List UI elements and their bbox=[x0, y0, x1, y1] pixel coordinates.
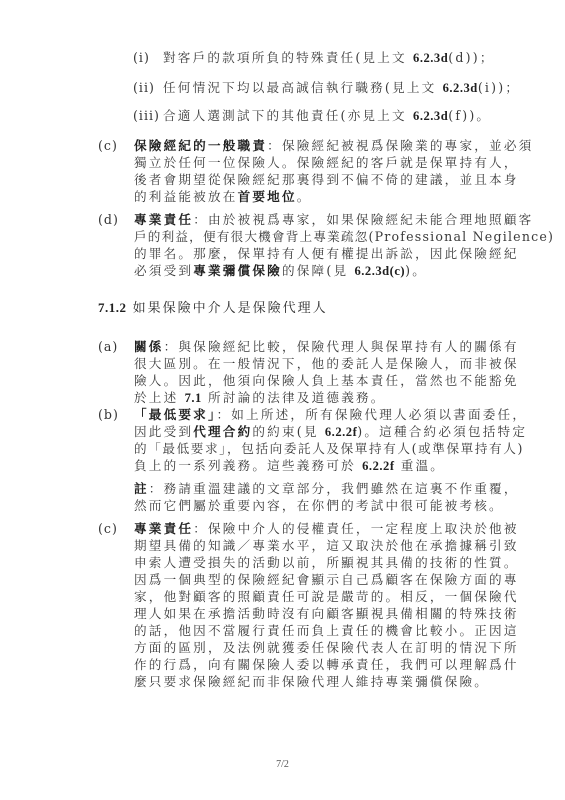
paragraph-line: 的利益能被放在首要地位。 bbox=[134, 189, 312, 205]
bold-term: 關係 bbox=[134, 339, 164, 354]
paragraph-line: 作的行爲，向有關保險人委以轉承責任，我們可以理解爲什 bbox=[134, 657, 519, 673]
ref: 6.2.2f bbox=[325, 425, 357, 439]
paragraph-line: 因此受到代理合約的約束(見 6.2.2f)。這種合約必須包括特定 bbox=[134, 424, 527, 440]
sub-item-label: (ii) bbox=[133, 80, 155, 96]
item-label: (c) bbox=[98, 521, 118, 537]
paragraph-line: 麼只要求保險經紀而非保險代理人維持專業彌償保險。 bbox=[134, 674, 489, 690]
paragraph-line: 「最低要求」：如上所述，所有保險代理人必須以書面委任， bbox=[134, 407, 527, 423]
item-label: (a) bbox=[98, 339, 118, 355]
ref: 6.2.2f bbox=[362, 459, 394, 473]
page-number: 7/2 bbox=[0, 759, 565, 770]
sub-item-text: 合適人選測試下的其他責任(亦見上文 6.2.3d(f))。 bbox=[163, 108, 491, 124]
paragraph-line: 必須受到專業彌償保險的保障(見 6.2.3d(c))。 bbox=[134, 263, 427, 279]
bold-term: 代理合約 bbox=[193, 424, 252, 439]
sub-item-text: 對客戶的款項所負的特殊責任(見上文 6.2.3d(d))； bbox=[163, 50, 495, 66]
text: 於上述 bbox=[134, 390, 185, 405]
text: 任何情況下均以最高誠信執行職務(見上文 bbox=[163, 80, 443, 95]
bold-term: 專業責任 bbox=[134, 212, 193, 227]
text: ：與保險經紀比較，保險代理人與保單持有人的關係有 bbox=[164, 339, 519, 354]
ref: 6.2.3d bbox=[413, 109, 448, 123]
text: ：如上所述，所有保險代理人必須以書面委任， bbox=[216, 407, 527, 422]
text: 的保障(見 bbox=[282, 263, 355, 278]
text: 負上的一系列義務。這些義務可於 bbox=[134, 458, 362, 473]
text: ：由於被視爲專家，如果保險經紀未能合理地照顧客 bbox=[193, 212, 533, 227]
sub-item-label: (iii) bbox=[133, 108, 160, 124]
item-label: (d) bbox=[98, 212, 119, 228]
paragraph-line: 後者會期望從保險經紀那裏得到不偏不倚的建議，並且本身 bbox=[134, 172, 519, 188]
paragraph-line: 家，他對顧客的照顧責任可說是嚴苛的。相反，一個保險代 bbox=[134, 589, 519, 605]
paragraph-line: 申索人遭受損失的活動以前，所顯視其具備的技術的性質。 bbox=[134, 555, 519, 571]
section-heading: 7.1.2 如果保險中介人是保險代理人 bbox=[98, 297, 328, 316]
item-label: (b) bbox=[98, 407, 119, 423]
note-line: 註：務請重溫建議的文章部分，我們雖然在這裏不作重覆， bbox=[134, 481, 519, 497]
text: 對客戶的款項所負的特殊責任(見上文 bbox=[163, 50, 413, 65]
paragraph-line: 戶的利益，便有很大機會背上專業疏忽(Professional Negilence… bbox=[134, 229, 554, 245]
text: (d))； bbox=[448, 50, 494, 65]
text: (f))。 bbox=[448, 108, 491, 123]
text: 。 bbox=[297, 189, 312, 204]
paragraph-line: 的「最低要求」，包括向委託人及保單持有人(或準保單持有人) bbox=[134, 441, 524, 457]
text: 必須受到 bbox=[134, 263, 193, 278]
text: ：務請重溫建議的文章部分，我們雖然在這裏不作重覆， bbox=[149, 481, 519, 496]
text: 合適人選測試下的其他責任(亦見上文 bbox=[163, 108, 413, 123]
text: )。這種合約必須包括特定 bbox=[357, 424, 527, 439]
paragraph-line: 的話，他因不當履行責任而負上責任的機會比較小。正因這 bbox=[134, 623, 519, 639]
paragraph-line: 理人如果在承擔活動時沒有向顧客顯視具備相關的特殊技術 bbox=[134, 606, 519, 622]
bold-term: 首要地位 bbox=[238, 189, 297, 204]
paragraph-line: 獨立於任何一位保險人。保險經紀的客戶就是保單持有人， bbox=[134, 155, 519, 171]
text: 的利益能被放在 bbox=[134, 189, 238, 204]
paragraph-line: 於上述 7.1 所討論的法律及道德義務。 bbox=[134, 390, 386, 406]
text: 因此受到 bbox=[134, 424, 193, 439]
paragraph-line: 負上的一系列義務。這些義務可於 6.2.2f 重溫。 bbox=[134, 458, 445, 474]
ref: 6.2.3d bbox=[413, 51, 448, 65]
paragraph-line: 專業責任：保險中介人的侵權責任，一定程度上取決於他被 bbox=[134, 521, 519, 537]
text: 重溫。 bbox=[395, 458, 446, 473]
ref: 6.2.3d(c) bbox=[354, 264, 405, 278]
ref: 6.2.3d bbox=[443, 81, 478, 95]
section-title: 如果保險中介人是保險代理人 bbox=[133, 301, 328, 316]
sub-item-text: 任何情況下均以最高誠信執行職務(見上文 6.2.3d(i))； bbox=[163, 80, 520, 96]
bold-term: 專業責任 bbox=[134, 521, 193, 536]
bold-term: 專業彌償保險 bbox=[193, 263, 282, 278]
text: (i))； bbox=[478, 80, 520, 95]
text: ：保險經紀被視爲保險業的專家，並必須 bbox=[267, 138, 533, 153]
paragraph-line: 險人。因此，他須向保險人負上基本責任，當然也不能豁免 bbox=[134, 373, 519, 389]
paragraph-line: 保險經紀的一般職責：保險經紀被視爲保險業的專家，並必須 bbox=[134, 138, 533, 154]
text: 所討論的法律及道德義務。 bbox=[202, 390, 386, 405]
paragraph-line: 因爲一個典型的保險經紀會顯示自己爲顧客在保險方面的專 bbox=[134, 572, 519, 588]
section-number: 7.1.2 bbox=[98, 300, 127, 315]
item-label: (c) bbox=[98, 138, 118, 154]
note-label: 註 bbox=[134, 481, 149, 496]
note-line: 然而它們屬於重要內容，在你們的考試中很可能被考核。 bbox=[134, 498, 504, 514]
text: )。 bbox=[405, 263, 427, 278]
paragraph-line: 關係：與保險經紀比較，保險代理人與保單持有人的關係有 bbox=[134, 339, 519, 355]
paragraph-line: 很大區別。在一般情況下，他的委託人是保險人，而非被保 bbox=[134, 356, 519, 372]
paragraph-line: 專業責任：由於被視爲專家，如果保險經紀未能合理地照顧客 bbox=[134, 212, 533, 228]
paragraph-line: 的罪名。那麼，保單持有人便有權提出訴訟，因此保險經紀 bbox=[134, 246, 519, 262]
paragraph-line: 期望具備的知識／專業水平，這又取決於他在承擔據稱引致 bbox=[134, 538, 519, 554]
sub-item-label: (i) bbox=[133, 50, 150, 66]
paragraph-line: 方面的區別，及法例就獲委任保險代表人在訂明的情況下所 bbox=[134, 640, 519, 656]
text: ：保險中介人的侵權責任，一定程度上取決於他被 bbox=[193, 521, 518, 536]
ref: 7.1 bbox=[185, 391, 202, 405]
bold-term: 保險經紀的一般職責 bbox=[134, 138, 267, 153]
bold-term: 「最低要求」 bbox=[134, 407, 216, 422]
text: 的約束(見 bbox=[252, 424, 325, 439]
